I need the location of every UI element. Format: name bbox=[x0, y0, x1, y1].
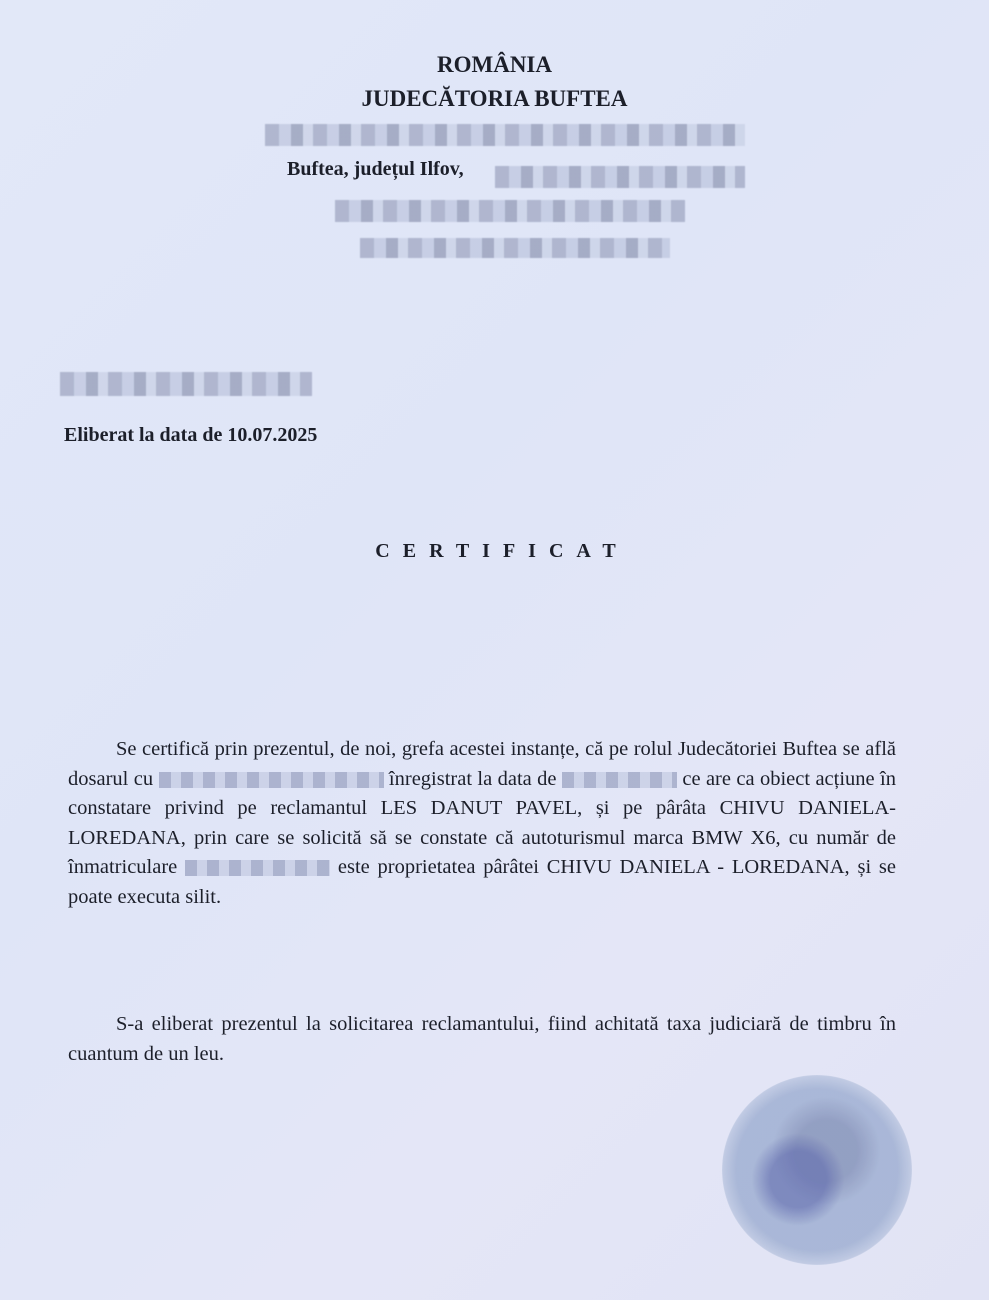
body-text-2: înregistrat la data de bbox=[389, 768, 557, 790]
redacted-stamp bbox=[722, 1075, 912, 1265]
header-court: JUDECĂTORIA BUFTEA bbox=[0, 86, 989, 112]
certificate-page: ROMÂNIA JUDECĂTORIA BUFTEA Buftea, județ… bbox=[0, 0, 989, 1300]
header-country: ROMÂNIA bbox=[0, 52, 989, 78]
header-address: Buftea, județul Ilfov, bbox=[287, 158, 464, 181]
issued-date: Eliberat la data de 10.07.2025 bbox=[64, 424, 317, 447]
fee-paragraph: S-a eliberat prezentul la solicitarea re… bbox=[68, 1010, 896, 1069]
redacted-reference-number bbox=[60, 372, 312, 396]
redacted-address-line-1 bbox=[265, 124, 745, 146]
redacted-registration-date bbox=[562, 772, 677, 788]
redacted-address-line-4 bbox=[360, 238, 670, 258]
document-title: CERTIFICAT bbox=[0, 540, 989, 563]
redacted-address-line-3 bbox=[335, 200, 685, 222]
redacted-address-line-2 bbox=[495, 166, 745, 188]
redacted-plate-number bbox=[185, 860, 330, 876]
redacted-case-number bbox=[159, 772, 384, 788]
certificate-body-paragraph: Se certifică prin prezentul, de noi, gre… bbox=[68, 735, 896, 912]
